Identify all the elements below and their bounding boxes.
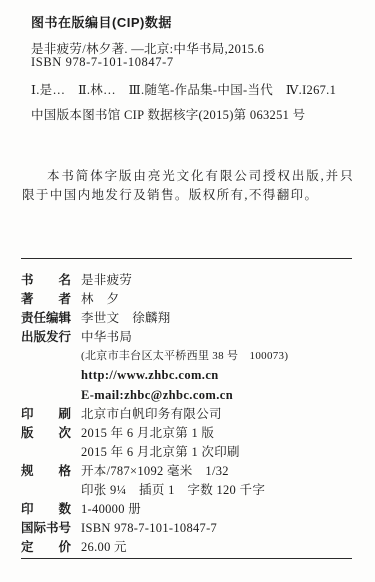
printing-line: 2015 年 6 月北京第 1 次印刷 <box>81 443 363 462</box>
field-value: 是非疲劳 <box>81 271 363 290</box>
row-print-run: 印 数 1-40000 册 <box>21 500 363 519</box>
field-label: 著 者 <box>21 290 81 309</box>
field-label: 版 次 <box>21 424 81 443</box>
field-value: 林 夕 <box>81 290 363 309</box>
field-label: 出版发行 <box>21 328 81 347</box>
cip-isbn-line: ISBN 978-7-101-10847-7 <box>31 55 174 70</box>
publisher-email: E-mail:zhbc@zhbc.com.cn <box>81 386 363 405</box>
field-label: 国际书号 <box>21 519 81 538</box>
row-format: 规 格 开本/787×1092 毫米 1/32 印张 9¼ 插页 1 字数 12… <box>21 462 363 500</box>
field-value: ISBN 978-7-101-10847-7 <box>81 519 363 538</box>
row-publisher: 出版发行 中华书局 (北京市丰台区太平桥西里 38 号 100073) http… <box>21 328 363 404</box>
field-label: 责任编辑 <box>21 309 81 328</box>
field-label: 定 价 <box>21 538 81 557</box>
row-author: 著 者 林 夕 <box>21 290 363 309</box>
cip-title: 图书在版编目(CIP)数据 <box>31 12 172 31</box>
row-price: 定 价 26.00 元 <box>21 538 363 557</box>
field-label: 印 数 <box>21 500 81 519</box>
divider-top <box>21 258 352 259</box>
row-printer: 印 刷 北京市白帆印务有限公司 <box>21 405 363 424</box>
field-value: 北京市白帆印务有限公司 <box>81 405 363 424</box>
edition-line: 2015 年 6 月北京第 1 版 <box>81 424 363 443</box>
field-label: 规 格 <box>21 462 81 481</box>
format-sheets-line: 印张 9¼ 插页 1 字数 120 千字 <box>81 481 363 500</box>
field-label: 印 刷 <box>21 405 81 424</box>
field-label: 书 名 <box>21 271 81 290</box>
row-book-title: 书 名 是非疲劳 <box>21 271 363 290</box>
divider-bottom <box>21 558 352 559</box>
row-edition: 版 次 2015 年 6 月北京第 1 版 2015 年 6 月北京第 1 次印… <box>21 424 363 462</box>
cip-classification-line: Ⅰ.是… Ⅱ.林… Ⅲ.随笔-作品集-中国-当代 Ⅳ.I267.1 <box>31 80 336 98</box>
format-size-line: 开本/787×1092 毫米 1/32 <box>81 462 363 481</box>
copyright-page: 图书在版编目(CIP)数据 是非疲劳/林夕著. —北京:中华书局,2015.6 … <box>0 0 375 582</box>
cip-registry-line: 中国版本图书馆 CIP 数据核字(2015)第 063251 号 <box>31 105 305 123</box>
colophon-table: 书 名 是非疲劳 著 者 林 夕 责任编辑 李世文 徐麟翔 出版发行 中华书局 … <box>21 271 363 557</box>
publisher-website: http://www.zhbc.com.cn <box>81 366 363 385</box>
publisher-name: 中华书局 <box>81 328 363 347</box>
field-value: 李世文 徐麟翔 <box>81 309 363 328</box>
field-value: 26.00 元 <box>81 538 363 557</box>
field-value: 1-40000 册 <box>81 500 363 519</box>
license-notice: 本书简体字版由亮光文化有限公司授权出版,并只限于中国内地发行及销售。版权所有,不… <box>22 167 354 205</box>
row-isbn: 国际书号 ISBN 978-7-101-10847-7 <box>21 519 363 538</box>
publisher-address: (北京市丰台区太平桥西里 38 号 100073) <box>81 347 363 366</box>
row-editors: 责任编辑 李世文 徐麟翔 <box>21 309 363 328</box>
